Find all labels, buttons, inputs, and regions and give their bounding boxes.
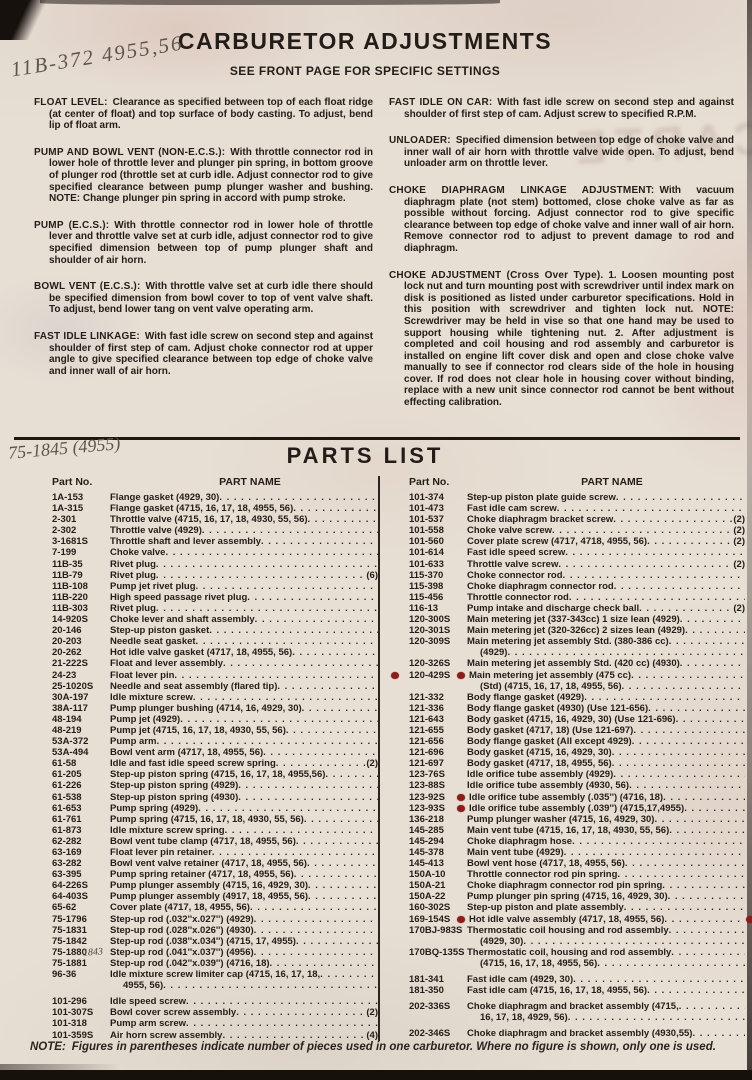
parts-table-row: 121-332 Body flange gasket (4929) xyxy=(387,692,745,703)
part-name: Float and lever assembly xyxy=(110,658,223,669)
part-name: Bowl vent arm (4717, 18, 4955, 56) xyxy=(110,747,263,758)
part-name: Step-up rod (.032''x.027'') (4929) xyxy=(110,914,254,925)
parts-table-row: 145-285 Main vent tube (4715, 16, 17, 18… xyxy=(387,825,745,836)
part-name: Main metering jet assembly Std. (420 cc)… xyxy=(467,658,680,669)
part-name: Bowl vent tube clamp (4717, 18, 4955, 56… xyxy=(110,836,296,847)
part-name-entry: Idle and fast idle speed screw spring (2… xyxy=(110,758,378,769)
parts-column-header: Part No. PART NAME xyxy=(387,476,745,492)
parts-table-row: 101-560 Cover plate screw (4717, 4718, 4… xyxy=(387,536,745,547)
part-name-entry: Needle and seat assembly (flared tip) xyxy=(110,681,378,692)
part-number: 63-395 xyxy=(30,869,110,880)
part-name-entry: Step-up rod (.032''x.027'') (4929) xyxy=(110,914,378,925)
part-name: Throttle connector rod xyxy=(467,592,569,603)
dot-leader xyxy=(292,647,378,658)
part-number: 3-1681S xyxy=(30,536,110,547)
part-number: 202-346S xyxy=(387,1028,467,1039)
part-number: 61-58 xyxy=(30,758,110,769)
adjustment-heading: BOWL VENT (E.C.S.): xyxy=(34,281,140,292)
part-name-entry: Step-up piston gasket xyxy=(110,625,378,636)
part-number: 11B-79 xyxy=(30,570,110,581)
part-name-entry: Body flange gasket (4929) xyxy=(467,692,745,703)
parts-table-row: 2-301 Throttle valve (4715, 16, 17, 18, … xyxy=(30,514,378,525)
parts-table-row: 202-336S Choke diaphragm and bracket ass… xyxy=(387,1001,745,1023)
parts-column-right: Part No. PART NAME 101-374 Step-up pisto… xyxy=(378,476,745,1041)
dot-leader xyxy=(614,581,745,592)
parts-table-row: 53A-372 Pump arm xyxy=(30,736,378,747)
dot-leader xyxy=(255,614,378,625)
parts-table-row: 21-222S Float and lever assembly xyxy=(30,658,378,669)
part-name: Pump arm xyxy=(110,736,156,747)
part-number: 62-282 xyxy=(30,836,110,847)
dot-leader xyxy=(320,969,378,980)
dot-leader xyxy=(156,570,366,581)
part-number: 48-219 xyxy=(30,725,110,736)
part-name-entry: Pump arm screw xyxy=(110,1018,378,1029)
dot-leader xyxy=(219,492,378,503)
part-number: 121-656 xyxy=(387,736,467,747)
part-name: Pump spring (4929) xyxy=(110,803,198,814)
dot-leader xyxy=(254,925,378,936)
part-name-entry: Pump jet (4929) xyxy=(110,714,378,725)
part-number: 61-205 xyxy=(30,769,110,780)
dot-leader xyxy=(597,958,745,969)
part-name: Main vent tube (4715, 16, 17, 18, 4930, … xyxy=(467,825,669,836)
parts-table-row: 61-873 Idle mixture screw spring xyxy=(30,825,378,836)
part-number: 53A-372 xyxy=(30,736,110,747)
dot-leader xyxy=(680,658,745,669)
adjustment-heading: PUMP (E.C.S.): xyxy=(34,220,109,231)
part-name-entry: Choke diaphragm bracket screw (2) xyxy=(467,514,745,525)
part-number: 101-307S xyxy=(30,1007,110,1018)
part-number: 121-655 xyxy=(387,725,467,736)
part-quantity: (2) xyxy=(733,514,745,525)
dot-leader xyxy=(296,836,378,847)
parts-rows-left: 1A-153 Flange gasket (4929, 30) xyxy=(30,492,378,1041)
part-number: 101-560 xyxy=(387,536,467,547)
part-name: Throttle valve (4715, 16, 17, 18, 4930, … xyxy=(110,514,308,525)
part-name-entry: Pump jet (4715, 16, 17, 18, 4930, 55, 56… xyxy=(110,725,378,736)
part-name-entry: Body gasket (4715, 16, 4929, 30) (Use 12… xyxy=(467,714,745,725)
section-divider-rule xyxy=(14,437,740,440)
dot-leader xyxy=(557,503,745,514)
parts-table-row: 75-1831 Step-up rod (.028''x.026'') (493… xyxy=(30,925,378,936)
part-quantity: (2) xyxy=(733,525,745,536)
part-number: 145-285 xyxy=(387,825,467,836)
part-name-entry: Pump spring (4929) xyxy=(110,803,378,814)
part-number: 120-309S xyxy=(387,636,467,658)
part-number: 38A-117 xyxy=(30,703,110,714)
part-quantity: (4) xyxy=(366,1030,378,1041)
part-number: 181-350 xyxy=(387,985,467,996)
part-number: 160-302S xyxy=(387,902,467,913)
part-name-continued: (4929) xyxy=(480,647,507,658)
part-name: Pump plunger assembly (4715, 16, 4929, 3… xyxy=(110,880,308,891)
dot-leader xyxy=(613,769,745,780)
part-name-entry: Idle speed screw xyxy=(110,996,378,1007)
dot-leader xyxy=(639,603,733,614)
part-name-entry: Pump plunger pin spring (4715, 16, 4929,… xyxy=(467,891,745,902)
parts-table-row: 75-1842 Step-up rod (.038''x.034'') (471… xyxy=(30,936,378,947)
part-number: 75-1796 xyxy=(30,914,110,925)
part-name-entry: Step-up rod (.041''x.037'') (4956) xyxy=(110,947,378,958)
part-number: 75-1881 xyxy=(30,958,110,969)
adjustment-heading: CHOKE ADJUSTMENT (Cross Over Type). xyxy=(389,270,603,281)
part-name: Fast idle cam (4715, 16, 17, 18, 4955, 5… xyxy=(467,985,647,996)
parts-list: Part No. PART NAME 1A-153 Flange gasket … xyxy=(30,476,744,1041)
dot-leader xyxy=(669,825,745,836)
parts-rows-right: 101-374 Step-up piston plate guide screw xyxy=(387,492,745,1040)
part-name-entry: Bowl cover screw assembly (2) xyxy=(110,1007,378,1018)
part-name-continued: (4929, 30) xyxy=(480,936,523,947)
footnote-label: NOTE: xyxy=(30,1041,66,1053)
dot-leader xyxy=(293,503,378,514)
part-number: 20-203 xyxy=(30,636,110,647)
dot-leader xyxy=(647,536,733,547)
dot-leader xyxy=(563,570,745,581)
dot-leader xyxy=(174,670,378,681)
dot-leader xyxy=(507,647,745,658)
part-quantity: (2) xyxy=(733,536,745,547)
part-name: Choke connector rod xyxy=(467,570,563,581)
part-number: 11B-220 xyxy=(30,592,110,603)
parts-table-row: 1A-153 Flange gasket (4929, 30) xyxy=(30,492,378,503)
part-name-entry: Pump plunger assembly (4715, 16, 4929, 3… xyxy=(110,880,378,891)
dot-leader xyxy=(624,902,745,913)
part-number: 75-1831 xyxy=(30,925,110,936)
part-number: 2-301 xyxy=(30,514,110,525)
part-number: 53A-494 xyxy=(30,747,110,758)
dot-leader xyxy=(633,725,745,736)
part-name-entry: Body gasket (4715, 16, 4929, 30) xyxy=(467,747,745,758)
parts-table-row: 20-146 Step-up piston gasket xyxy=(30,625,378,636)
parts-table-row: 63-282 Bowl vent valve retainer (4717, 1… xyxy=(30,858,378,869)
part-name: Idle mixture screw spring xyxy=(110,825,225,836)
part-name: Needle and seat assembly (flared tip) xyxy=(110,681,277,692)
part-name-entry: Thermostatic coil, housing and rod assem… xyxy=(467,947,745,969)
parts-table-row: 101-374 Step-up piston plate guide screw xyxy=(387,492,745,503)
dot-leader xyxy=(186,996,378,1007)
part-number: 1A-315 xyxy=(30,503,110,514)
adjustment-paragraph: CHOKE ADJUSTMENT (Cross Over Type).1. Lo… xyxy=(389,270,734,409)
part-name: Bowl cover screw assembly xyxy=(110,1007,236,1018)
part-number: 2-302 xyxy=(30,525,110,536)
dot-leader xyxy=(308,891,378,902)
parts-table-row: 145-378 Main vent tube (4929) xyxy=(387,847,745,858)
part-name-entry: Step-up piston spring (4929) xyxy=(110,780,378,791)
parts-table-row: 115-398 Choke diaphragm connector rod xyxy=(387,581,745,592)
part-name-entry: Rivet plug (6) xyxy=(110,570,378,581)
part-number: 121-332 xyxy=(387,692,467,703)
parts-table-row: 11B-220 High speed passage rivet plug xyxy=(30,592,378,603)
part-number: 123-93S xyxy=(387,803,467,814)
part-name-entry: Air horn screw assembly (4) xyxy=(110,1030,378,1041)
adjustment-body: Specified dimension between top edge of … xyxy=(404,135,734,169)
dot-leader xyxy=(238,792,378,803)
part-name-entry: Body flange gasket (4930) (Use 121-656) xyxy=(467,703,745,714)
part-name-entry: Fast idle speed screw xyxy=(467,547,745,558)
dot-leader xyxy=(223,658,378,669)
parts-table-row: 61-58 Idle and fast idle speed screw spr… xyxy=(30,758,378,769)
part-name: Main metering jet assembly (475 cc) xyxy=(469,670,631,681)
part-number: 101-359S xyxy=(30,1030,110,1041)
parts-table-row: 61-653 Pump spring (4929) xyxy=(30,803,378,814)
part-number: 101-318 xyxy=(30,1018,110,1029)
parts-table-row: 48-219 Pump jet (4715, 16, 17, 18, 4930,… xyxy=(30,725,378,736)
part-name-continued: (4715, 16, 17, 18, 4955, 56) xyxy=(480,958,597,969)
adjustment-paragraph: BOWL VENT (E.C.S.):With throttle valve s… xyxy=(34,281,373,316)
parts-table-row: 38A-117 Pump plunger bushing (4714, 16, … xyxy=(30,703,378,714)
part-name: Choke diaphragm bracket screw xyxy=(467,514,613,525)
part-name: Cover plate (4717, 18, 4955, 56) xyxy=(110,902,250,913)
part-number: 136-218 xyxy=(387,814,467,825)
red-mark-dot xyxy=(457,916,465,923)
part-number: 61-653 xyxy=(30,803,110,814)
part-number: 75-18801843 xyxy=(30,947,110,958)
parts-table-row: 65-62 Cover plate (4717, 18, 4955, 56) xyxy=(30,902,378,913)
parts-table-row: 160-302S Step-up piston and plate assemb… xyxy=(387,902,745,913)
parts-table-row: 48-194 Pump jet (4929) xyxy=(30,714,378,725)
red-mark-dot xyxy=(746,916,752,923)
red-mark-dot xyxy=(457,794,465,801)
part-name-entry: Step-up piston spring (4715, 16, 17, 18,… xyxy=(110,769,378,780)
dot-leader xyxy=(247,592,378,603)
part-name: Bowl vent valve retainer (4717, 18, 4955… xyxy=(110,858,307,869)
part-name: Float lever pin retainer xyxy=(110,847,212,858)
part-name: Idle and fast idle speed screw spring xyxy=(110,758,276,769)
part-name-entry: Pump spring retainer (4717, 18, 4955, 56… xyxy=(110,869,378,880)
part-name-entry: Float lever pin xyxy=(110,670,378,681)
part-name-entry: Choke diaphragm connector rod xyxy=(467,581,745,592)
part-quantity: (2) xyxy=(733,559,745,570)
part-number: 101-614 xyxy=(387,547,467,558)
parts-table-row: 75-1881 Step-up rod (.042''x.039'') (471… xyxy=(30,958,378,969)
part-name: Body gasket (4715, 16, 4929, 30) (Use 12… xyxy=(467,714,676,725)
parts-table-row: 170BJ-983S Thermostatic coil housing and… xyxy=(387,925,745,947)
parts-table-row: 53A-494 Bowl vent arm (4717, 18, 4955, 5… xyxy=(30,747,378,758)
part-name: Step-up piston spring (4930) xyxy=(110,792,238,803)
part-name-entry: Idle orifice tube assembly (4930, 56) xyxy=(467,780,745,791)
dot-leader xyxy=(276,758,367,769)
part-name-entry: Choke diaphragm hose xyxy=(467,836,745,847)
part-name-entry: Body flange gasket (All except 4929) xyxy=(467,736,745,747)
parts-table-row: 116-13 Pump intake and discharge check b… xyxy=(387,603,745,614)
dot-leader xyxy=(296,936,378,947)
part-name-entry: Throttle shaft and lever assembly xyxy=(110,536,378,547)
adjustment-heading: FAST IDLE ON CAR: xyxy=(389,97,492,108)
part-name: Hot idle valve gasket (4717, 18, 4955, 5… xyxy=(110,647,292,658)
parts-table-row: 3-1681S Throttle shaft and lever assembl… xyxy=(30,536,378,547)
parts-table-row: 20-262 Hot idle valve gasket (4717, 18, … xyxy=(30,647,378,658)
dot-leader xyxy=(622,681,745,692)
part-quantity: (2) xyxy=(733,603,745,614)
dot-leader xyxy=(648,703,745,714)
parts-table-row: 121-696 Body gasket (4715, 16, 4929, 30) xyxy=(387,747,745,758)
part-name-entry: Pump arm xyxy=(110,736,378,747)
red-mark-dot xyxy=(457,805,465,812)
dot-leader xyxy=(558,559,733,570)
part-name-entry: Bowl vent hose (4717, 18, 4955, 56) xyxy=(467,858,745,869)
parts-table-row: 11B-108 Pump jet rivet plug xyxy=(30,581,378,592)
part-number: 121-697 xyxy=(387,758,467,769)
part-name: Choke diaphragm and bracket assembly (47… xyxy=(467,1001,679,1012)
part-name-entry: Flange gasket (4929, 30) xyxy=(110,492,378,503)
dot-leader xyxy=(209,625,378,636)
part-number: 25-1020S xyxy=(30,681,110,692)
part-number: 145-378 xyxy=(387,847,467,858)
part-name: Choke lever and shaft assembly xyxy=(110,614,255,625)
part-name: Pump jet (4715, 16, 17, 18, 4930, 55, 56… xyxy=(110,725,286,736)
part-name: Idle mixture screw xyxy=(110,692,193,703)
scan-artifact-bottom-left xyxy=(0,1064,120,1072)
dot-leader xyxy=(254,914,378,925)
part-number: 96-36 xyxy=(30,969,110,991)
part-number: 48-194 xyxy=(30,714,110,725)
part-quantity: (2) xyxy=(366,1007,378,1018)
part-name: Choke diaphragm and bracket assembly (49… xyxy=(467,1028,692,1039)
part-name-entry: Float and lever assembly xyxy=(110,658,378,669)
dot-leader xyxy=(238,780,378,791)
part-name: Air horn screw assembly xyxy=(110,1030,222,1041)
dot-leader xyxy=(261,536,378,547)
adjustment-paragraph: CHOKE DIAPHRAGM LINKAGE ADJUSTMENT:With … xyxy=(389,185,734,255)
part-name-entry: Hot idle valve assembly (4717, 18, 4955,… xyxy=(467,914,745,925)
part-name-entry: Float lever pin retainer xyxy=(110,847,378,858)
part-name-entry: Cover plate screw (4717, 4718, 4955, 56)… xyxy=(467,536,745,547)
dot-leader xyxy=(552,525,733,536)
part-name-entry: Step-up piston spring (4930) xyxy=(110,792,378,803)
part-number: 65-62 xyxy=(30,902,110,913)
dot-leader xyxy=(277,681,378,692)
dot-leader xyxy=(692,1028,745,1039)
dot-leader xyxy=(286,725,378,736)
part-name-entry: Pump spring (4715, 16, 17, 18, 4930, 55,… xyxy=(110,814,378,825)
parts-table-row: 120-429S Main metering jet assembly (475… xyxy=(387,670,745,692)
parts-table-row: 1A-315 Flange gasket (4715, 16, 17, 18, … xyxy=(30,503,378,514)
part-number: 101-558 xyxy=(387,525,467,536)
part-name-entry: Idle mixture screw xyxy=(110,692,378,703)
dot-leader xyxy=(654,814,745,825)
parts-table-row: 120-301S Main metering jet (320-326cc) 2… xyxy=(387,625,745,636)
part-name-entry: Step-up rod (.038''x.034'') (4715, 17, 4… xyxy=(110,936,378,947)
dot-leader xyxy=(302,703,378,714)
parts-table-row: 121-643 Body gasket (4715, 16, 4929, 30)… xyxy=(387,714,745,725)
parts-table-row: 101-307S Bowl cover screw assembly (2) xyxy=(30,1007,378,1018)
part-name-entry: Needle seat gasket xyxy=(110,636,378,647)
parts-table-row: 62-282 Bowl vent tube clamp (4717, 18, 4… xyxy=(30,836,378,847)
dot-leader xyxy=(617,869,745,880)
part-name-entry: Idle mixture screw limiter cap (4715, 16… xyxy=(110,969,378,991)
part-number: 11B-108 xyxy=(30,581,110,592)
part-number: 120-301S xyxy=(387,625,467,636)
parts-table-row: 123-93S Idle orifice tube assembly (.039… xyxy=(387,803,745,814)
part-name: Needle seat gasket xyxy=(110,636,196,647)
part-number: 169-154S xyxy=(387,914,467,925)
part-name-entry: Body gasket (4717, 18, 4955, 56) xyxy=(467,758,745,769)
part-name: Fast idle cam screw xyxy=(467,503,557,514)
part-name-entry: Main metering jet (337-343cc) 1 size lea… xyxy=(467,614,745,625)
adjustments-right-column: FAST IDLE ON CAR:With fast idle screw on… xyxy=(389,97,734,424)
part-name-entry: Pump plunger washer (4715, 16, 4929, 30) xyxy=(467,814,745,825)
parts-table-row: 121-656 Body flange gasket (All except 4… xyxy=(387,736,745,747)
part-name: Body gasket (4717, 18, 4955, 56) xyxy=(467,758,612,769)
part-name: Step-up rod (.041''x.037'') (4956) xyxy=(110,947,254,958)
part-name: Choke diaphragm connector rod xyxy=(467,581,614,592)
parts-table-row: 115-370 Choke connector rod xyxy=(387,570,745,581)
part-name: Step-up piston spring (4715, 16, 17, 18,… xyxy=(110,769,325,780)
part-name-continued: 16, 17, 18, 4929, 56) xyxy=(480,1012,568,1023)
parts-table-row: 101-537 Choke diaphragm bracket screw (2… xyxy=(387,514,745,525)
dot-leader xyxy=(193,692,378,703)
dot-leader xyxy=(564,847,745,858)
dot-leader xyxy=(180,714,378,725)
dot-leader xyxy=(629,780,745,791)
parts-table-row: 61-538 Step-up piston spring (4930) xyxy=(30,792,378,803)
dot-leader xyxy=(270,958,378,969)
part-name-entry: Pump plunger assembly (4917, 18, 4955, 5… xyxy=(110,891,378,902)
adjustment-paragraph: UNLOADER:Specified dimension between top… xyxy=(389,135,734,170)
part-number: 120-326S xyxy=(387,658,467,669)
dot-leader xyxy=(294,869,378,880)
part-number: 61-538 xyxy=(30,792,110,803)
part-name-entry: Pump intake and discharge check ball (2) xyxy=(467,603,745,614)
part-name: Rivet plug xyxy=(110,603,156,614)
part-name-entry: Body gasket (4717, 18) (Use 121-697) xyxy=(467,725,745,736)
part-name: Main vent tube (4929) xyxy=(467,847,564,858)
parts-table-row: 150A-22 Pump plunger pin spring (4715, 1… xyxy=(387,891,745,902)
part-name: Idle speed screw xyxy=(110,996,186,1007)
dot-leader xyxy=(676,714,745,725)
scan-artifact-bottom-edge xyxy=(0,1070,752,1080)
part-name-entry: Rivet plug xyxy=(110,603,378,614)
parts-table-row: 63-169 Float lever pin retainer xyxy=(30,847,378,858)
part-name: Throttle valve (4929) xyxy=(110,525,202,536)
part-number: 63-282 xyxy=(30,858,110,869)
dot-leader xyxy=(186,1018,378,1029)
dot-leader xyxy=(250,902,378,913)
dot-leader xyxy=(584,692,745,703)
part-name: Idle orifice tube assembly (.035'') (471… xyxy=(469,792,663,803)
part-name: Float lever pin xyxy=(110,670,174,681)
part-name-entry: Step-up piston and plate assembly xyxy=(467,902,745,913)
part-name: Body gasket (4715, 16, 4929, 30) xyxy=(467,747,612,758)
part-name: Pump intake and discharge check ball xyxy=(467,603,639,614)
part-name-entry: Bowl vent tube clamp (4717, 18, 4955, 56… xyxy=(110,836,378,847)
parts-table-row: 120-326S Main metering jet assembly Std.… xyxy=(387,658,745,669)
part-number: 121-643 xyxy=(387,714,467,725)
part-name: Throttle valve screw xyxy=(467,559,558,570)
part-quantity: (2) xyxy=(366,758,378,769)
part-name-entry: Idle orifice tube assembly (.035'') (471… xyxy=(467,792,745,803)
dot-leader xyxy=(263,747,378,758)
part-name: Pump spring (4715, 16, 17, 18, 4930, 55,… xyxy=(110,814,304,825)
adjustment-paragraph: FLOAT LEVEL:Clearance as specified betwe… xyxy=(34,97,373,132)
dot-leader xyxy=(568,1012,745,1023)
part-name: Step-up piston plate guide screw xyxy=(467,492,616,503)
parts-table-row: 101-633 Throttle valve screw (2) xyxy=(387,559,745,570)
part-name-entry: Idle orifice tube assembly (.039'') (471… xyxy=(467,803,745,814)
part-number: 101-633 xyxy=(387,559,467,570)
parts-table-row: 121-336 Body flange gasket (4930) (Use 1… xyxy=(387,703,745,714)
part-name: Pump plunger bushing (4714, 16, 4929, 30… xyxy=(110,703,302,714)
part-name: Throttle connector rod pin spring xyxy=(467,869,617,880)
part-name-entry: Throttle connector rod xyxy=(467,592,745,603)
dot-leader xyxy=(669,636,745,647)
part-name: High speed passage rivet plug xyxy=(110,592,247,603)
dot-leader xyxy=(254,947,378,958)
adjustment-body: 1. Loosen mounting post lock nut and tur… xyxy=(404,270,734,409)
part-name-entry: Step-up rod (.042''x.039'') (4716, 18) xyxy=(110,958,378,969)
dot-leader xyxy=(679,1001,745,1012)
